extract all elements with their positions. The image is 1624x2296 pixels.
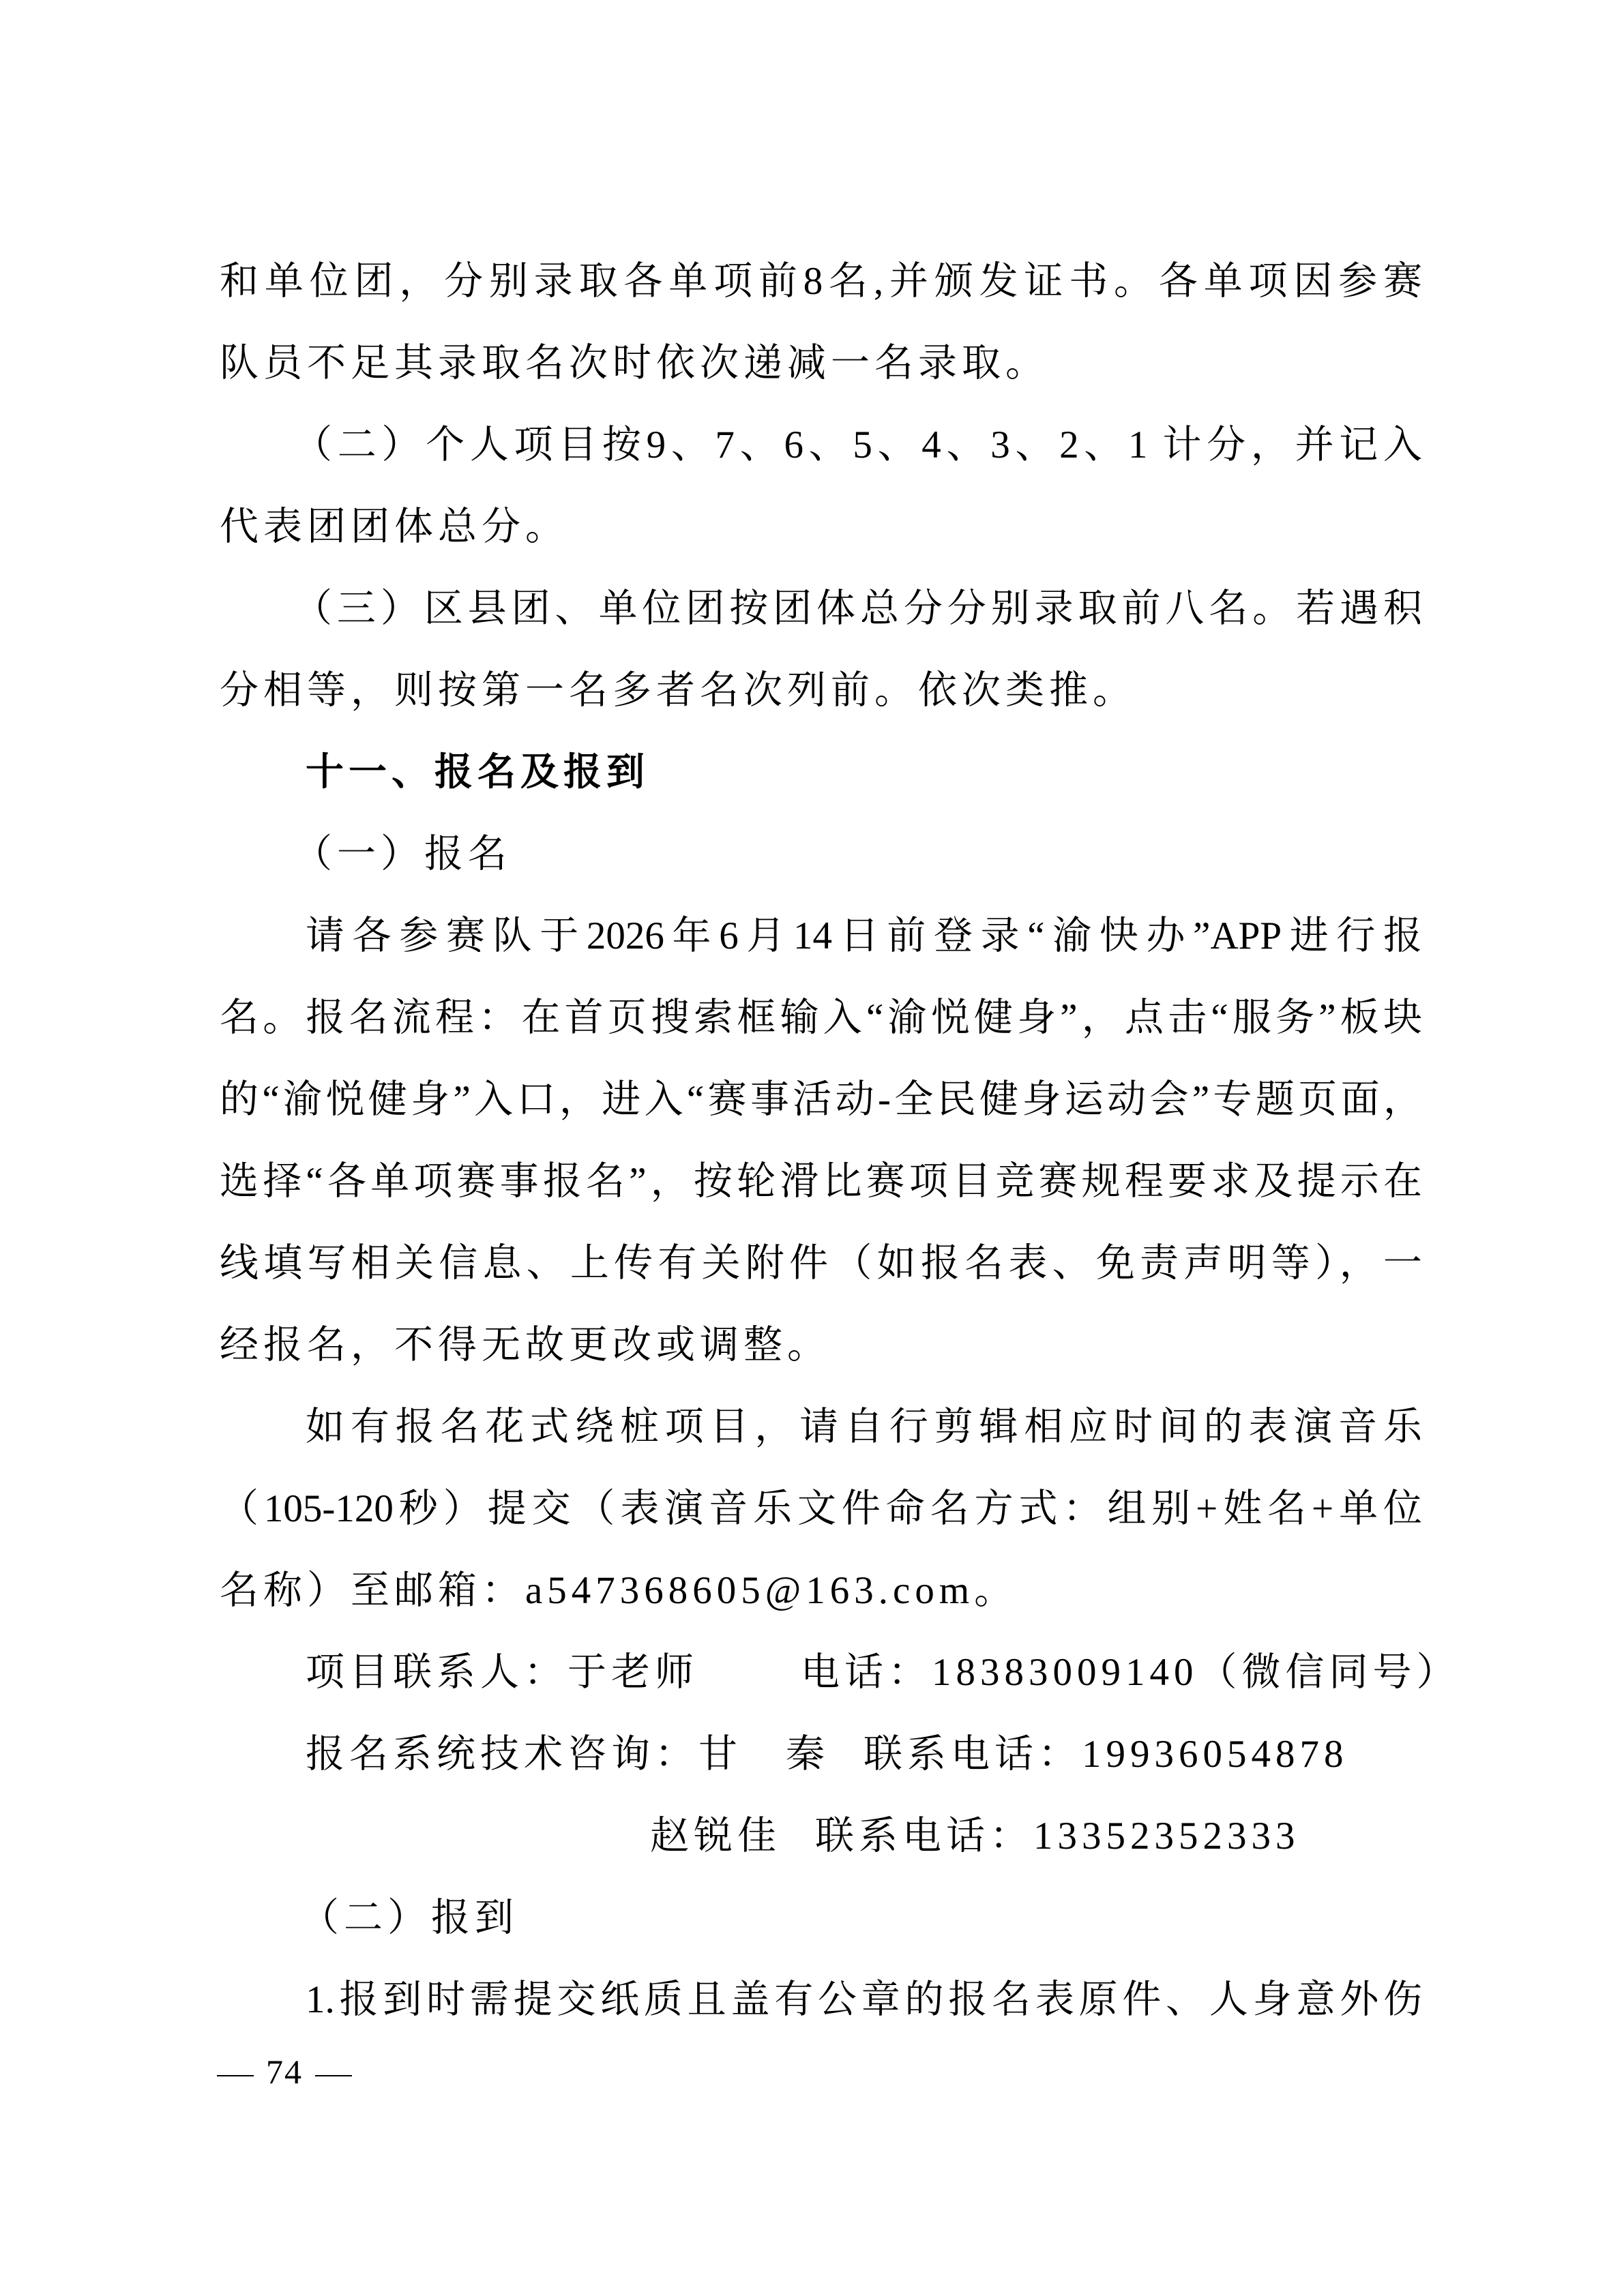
subsection-heading: （一）报名 xyxy=(293,814,1422,895)
document-page: 和单位团，分别录取各单项前8名,并颁发证书。各单项因参赛 队员不足其录取名次时依… xyxy=(0,0,1624,2296)
subsection-heading: （二）报到 xyxy=(300,1877,1422,1959)
section-heading: 十一、报名及报到 xyxy=(306,732,1422,814)
tech-contact-label: 报名系统技术咨询：甘 秦 xyxy=(306,1733,829,1776)
paragraph-line: 名。报名流程：在首页搜索框输入“渝悦健身”，点击“服务”板块 xyxy=(220,977,1422,1059)
paragraph-line: 和单位团，分别录取各单项前8名,并颁发证书。各单项因参赛 xyxy=(220,241,1422,323)
tech-contact-line-1: 报名系统技术咨询：甘 秦联系电话：19936054878 xyxy=(306,1714,1422,1795)
project-contact-label: 项目联系人：于老师 xyxy=(306,1651,698,1694)
tech-contact-name-2: 赵锐佳 xyxy=(650,1815,781,1858)
paragraph-line: 选择“各单项赛事报名”，按轮滑比赛项目竞赛规程要求及提示在 xyxy=(220,1141,1422,1223)
paragraph-line: （二）个人项目按9、7、6、5、4、3、2、1 计分，并记入 xyxy=(293,404,1422,486)
tech-contact-line-2: 赵锐佳联系电话：13352352333 xyxy=(650,1795,1422,1877)
paragraph-line: 如有报名花式绕桩项目，请自行剪辑相应时间的表演音乐 xyxy=(306,1386,1422,1468)
paragraph-line: （三）区县团、单位团按团体总分分别录取前八名。若遇积 xyxy=(293,568,1422,650)
paragraph-line: 经报名，不得无故更改或调整。 xyxy=(220,1304,1422,1386)
dash-right xyxy=(315,2075,352,2076)
paragraph-line: 线填写相关信息、上传有关附件（如报名表、免责声明等），一 xyxy=(220,1223,1422,1304)
page-number-value: 74 xyxy=(266,2053,303,2091)
email-line: 名称）至邮箱：a547368605@163.com。 xyxy=(220,1550,1422,1632)
dash-left xyxy=(217,2075,254,2076)
project-contact-phone: 电话：18383009140（微信同号） xyxy=(801,1651,1460,1694)
project-contact-line: 项目联系人：于老师电话：18383009140（微信同号） xyxy=(306,1632,1422,1714)
tech-contact-phone-2: 联系电话：13352352333 xyxy=(815,1815,1300,1858)
paragraph-line: 请各参赛队于2026年6月14日前登录“渝快办”APP进行报 xyxy=(306,895,1422,977)
tech-contact-phone-1: 联系电话：19936054878 xyxy=(863,1733,1348,1776)
paragraph-line: 的“渝悦健身”入口，进入“赛事活动-全民健身运动会”专题页面， xyxy=(220,1059,1422,1141)
paragraph-line: 1.报到时需提交纸质且盖有公章的报名表原件、人身意外伤 xyxy=(306,1959,1422,2041)
page-number: 74 xyxy=(217,2046,364,2098)
paragraph-line: 队员不足其录取名次时依次递减一名录取。 xyxy=(220,323,1422,404)
paragraph-line: （105-120秒）提交（表演音乐文件命名方式：组别+姓名+单位 xyxy=(220,1468,1422,1550)
paragraph-line: 代表团团体总分。 xyxy=(220,486,1422,568)
paragraph-line: 分相等，则按第一名多者名次列前。依次类推。 xyxy=(220,650,1422,732)
